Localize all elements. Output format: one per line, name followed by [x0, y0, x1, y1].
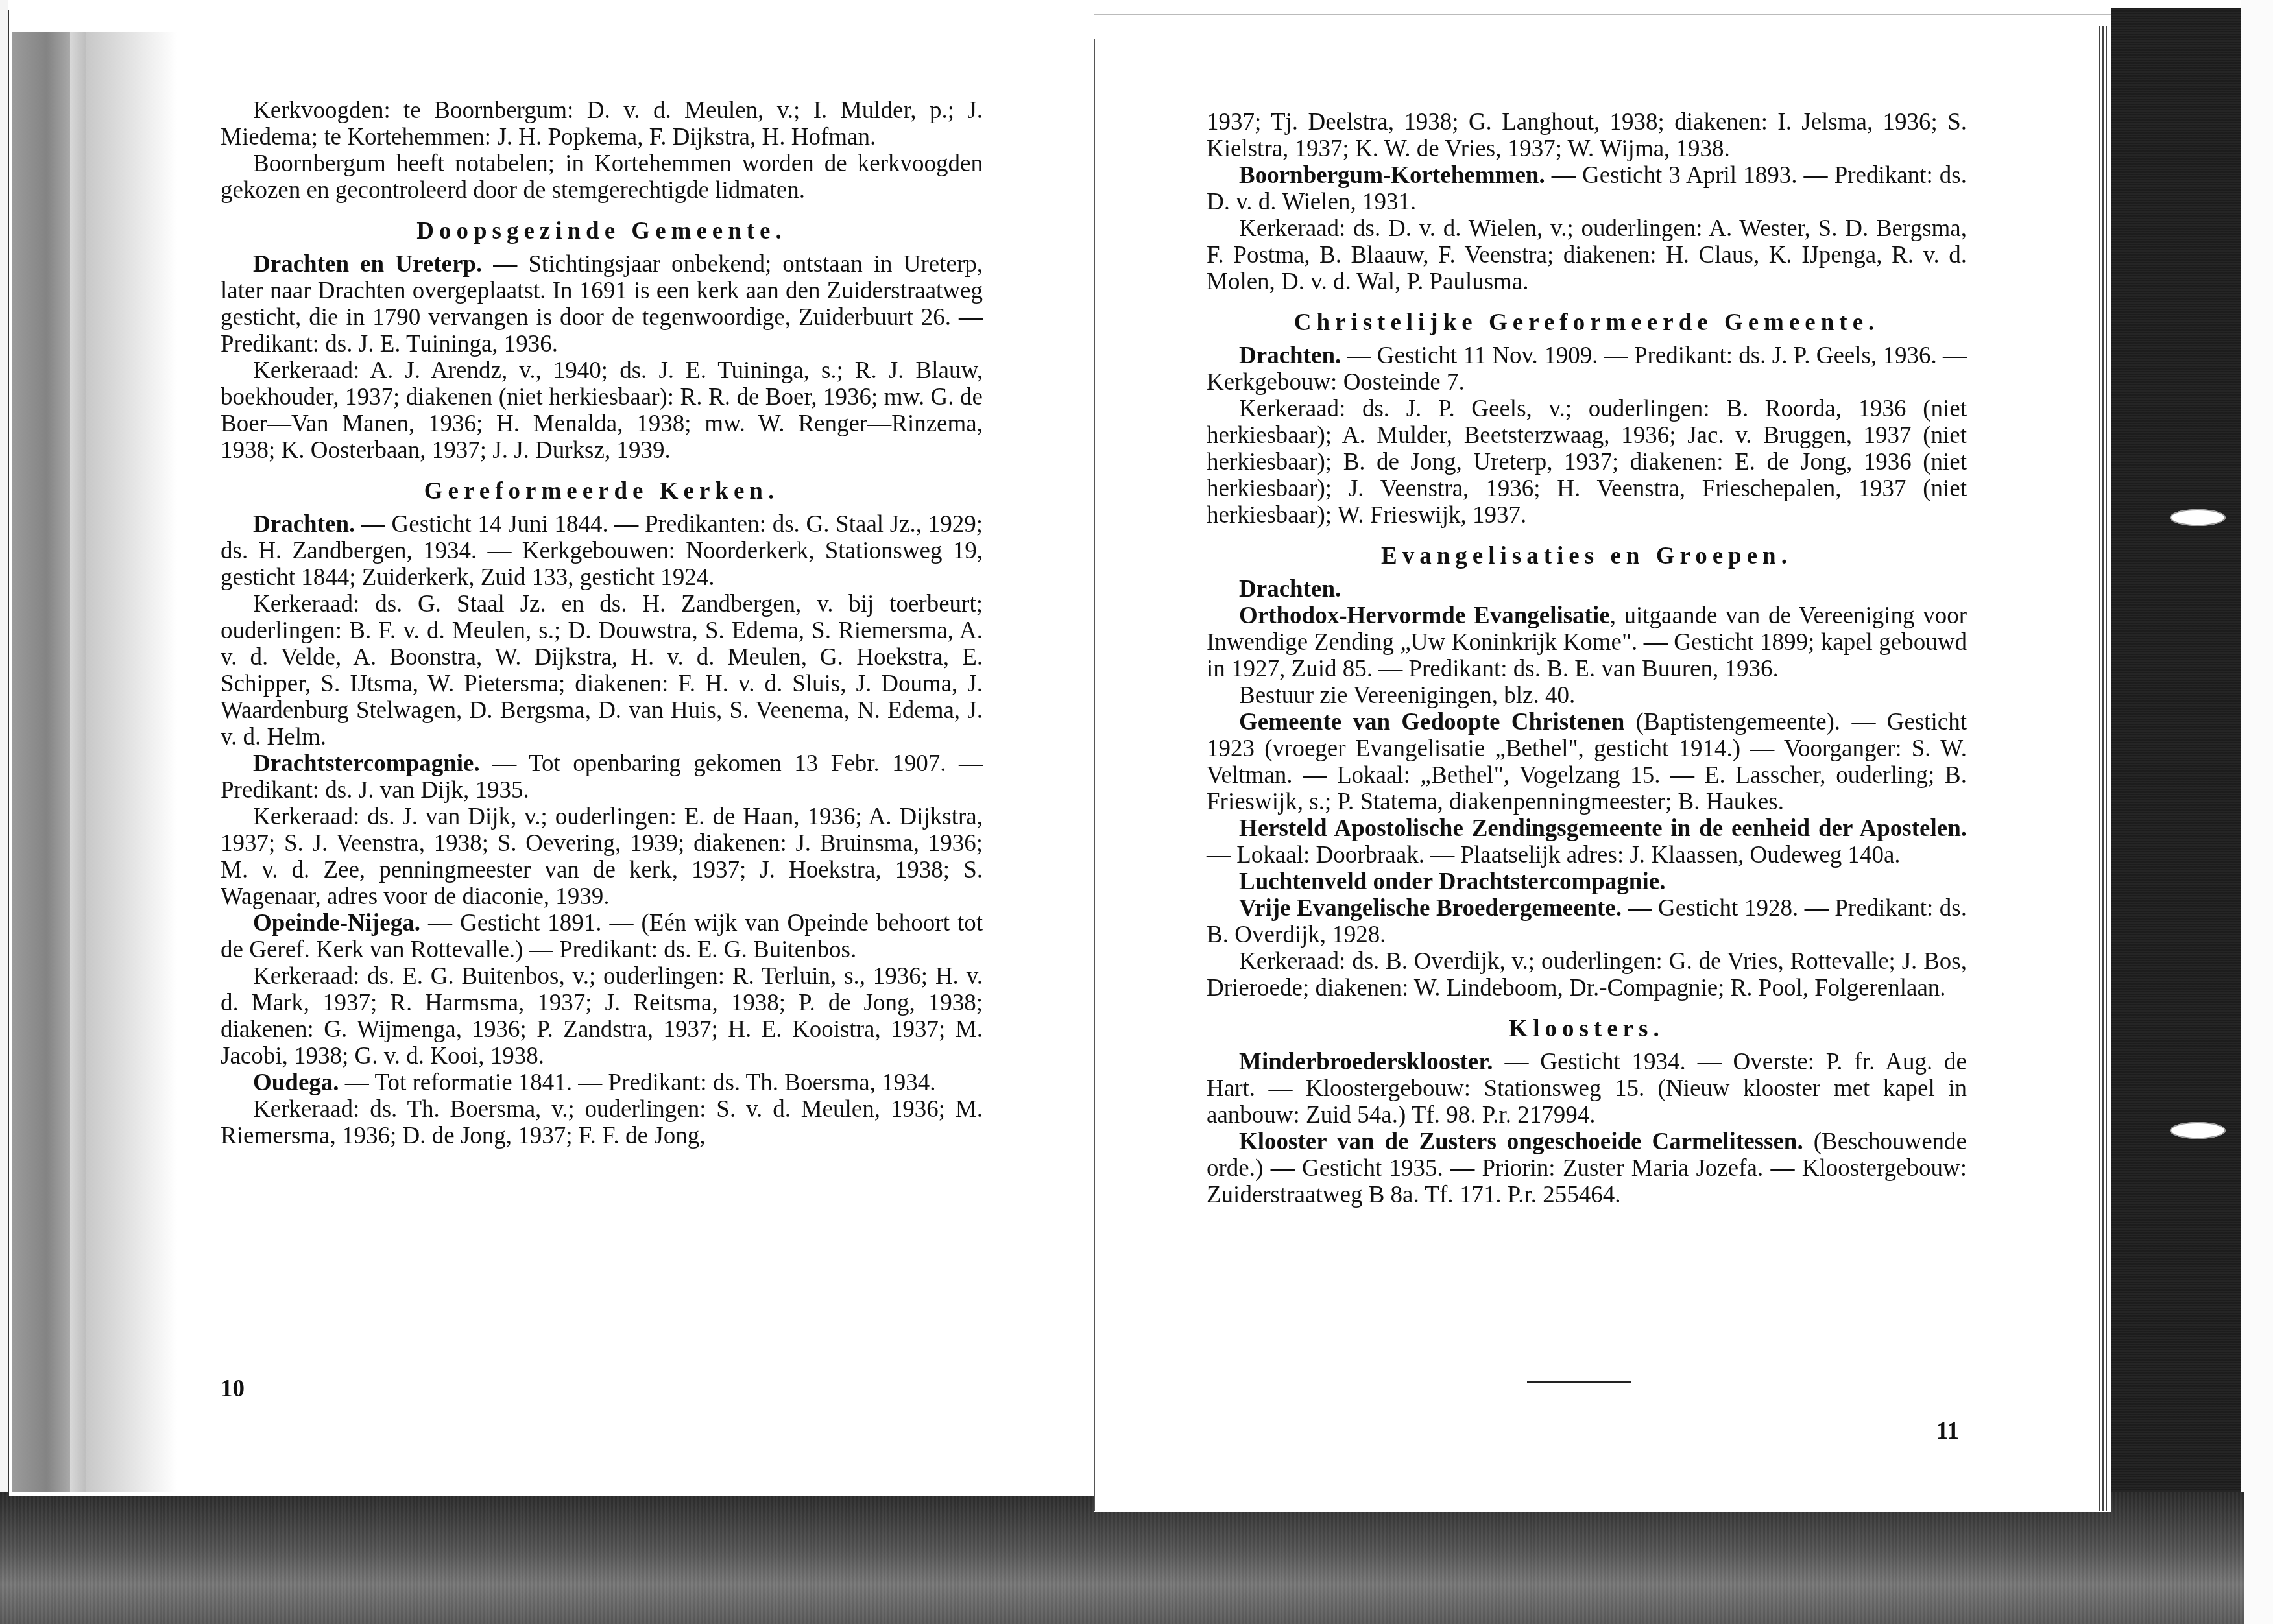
entry: Oudega. — Tot reformatie 1841. — Predika…: [221, 1069, 983, 1096]
entry-text: Kerkeraad: ds. J. van Dijk, v.; ouderlin…: [221, 804, 983, 910]
left-page-text: Kerkvoogden: te Boornbergum: D. v. d. Me…: [221, 97, 983, 1149]
entry: Drachtstercompagnie. — Tot openbaring ge…: [221, 750, 983, 804]
entry: Kerkeraad: A. J. Arendz, v., 1940; ds. J…: [221, 357, 983, 464]
entry-text: Kerkeraad: ds. D. v. d. Wielen, v.; oude…: [1207, 215, 1967, 295]
entry: Orthodox-Hervormde Evangelisatie, uitgaa…: [1207, 603, 1967, 682]
entry: Drachten en Ureterp. — Stichtingsjaar on…: [221, 251, 983, 357]
entry: Kerkeraad: ds. J. van Dijk, v.; ouderlin…: [221, 804, 983, 910]
entry-title: Klooster van de Zusters ongeschoeide Car…: [1239, 1128, 1803, 1155]
entry-title: Luchtenveld onder Drachtstercompagnie.: [1239, 868, 1665, 895]
section-heading: Kloosters.: [1207, 1016, 1967, 1042]
entry-text: Kerkeraad: ds. E. G. Buitenbos, v.; oude…: [221, 963, 983, 1069]
punch-hole-bottom: [2170, 1122, 2226, 1139]
entry-text: Kerkeraad: ds. B. Overdijk, v.; ouderlin…: [1207, 948, 1967, 1001]
entry: Bestuur zie Vereenigingen, blz. 40.: [1207, 682, 1967, 709]
section-heading: Evangelisaties en Groepen.: [1207, 543, 1967, 569]
entry: Drachten.: [1207, 576, 1967, 603]
entry: Minderbroedersklooster. — Gesticht 1934.…: [1207, 1049, 1967, 1128]
section-heading: Doopsgezinde Gemeente.: [221, 218, 983, 245]
entry-text: Kerkeraad: ds. G. Staal Jz. en ds. H. Za…: [221, 591, 983, 750]
entry: Opeinde-Nijega. — Gesticht 1891. — (Eén …: [221, 910, 983, 963]
entry-title: Orthodox-Hervormde Evangelisatie: [1239, 603, 1610, 629]
entry-text: — Tot reformatie 1841. — Predikant: ds. …: [339, 1069, 936, 1096]
binding-shadow: [12, 32, 70, 1492]
entry-text: Bestuur zie Vereenigingen, blz. 40.: [1239, 682, 1575, 709]
entry-title: Hersteld Apostolische Zendingsgemeente i…: [1239, 815, 1967, 842]
entry-text: Kerkeraad: ds. Th. Boersma, v.; ouderlin…: [221, 1096, 983, 1149]
paragraph: Boornbergum heeft notabelen; in Kortehem…: [221, 150, 983, 204]
page-number-right: 11: [1936, 1417, 1959, 1445]
entry: Vrije Evangelische Broedergemeente. — Ge…: [1207, 895, 1967, 948]
entry: Gemeente van Gedoopte Christenen (Baptis…: [1207, 709, 1967, 815]
paragraph: 1937; Tj. Deelstra, 1938; G. Langhout, 1…: [1207, 109, 1967, 162]
section-heading: Christelijke Gereformeerde Gemeente.: [1207, 309, 1967, 336]
paragraph: Kerkvoogden: te Boornbergum: D. v. d. Me…: [221, 97, 983, 150]
section-heading: Gereformeerde Kerken.: [221, 478, 983, 505]
end-rule: [1527, 1381, 1631, 1383]
entry-title: Gemeente van Gedoopte Christenen: [1239, 709, 1624, 735]
entry: Kerkeraad: ds. G. Staal Jz. en ds. H. Za…: [221, 591, 983, 750]
entry: Kerkeraad: ds. B. Overdijk, v.; ouderlin…: [1207, 948, 1967, 1001]
book-gutter: [1094, 39, 1095, 1511]
entry-title: Opeinde-Nijega.: [253, 910, 420, 937]
entry: Hersteld Apostolische Zendingsgemeente i…: [1207, 815, 1967, 868]
entry-title: Boornbergum-Kortehemmen.: [1239, 162, 1545, 189]
entry-title: Minderbroedersklooster.: [1239, 1049, 1493, 1075]
binding-shadow-light: [70, 32, 86, 1492]
punch-hole-top: [2170, 509, 2226, 526]
scan-right-margin: [2241, 0, 2273, 1624]
right-page-text: 1937; Tj. Deelstra, 1938; G. Langhout, 1…: [1207, 109, 1967, 1208]
page-number-left: 10: [221, 1375, 245, 1403]
scanner-backdrop-right: [2111, 8, 2241, 1624]
entry-title: Drachten.: [253, 511, 355, 538]
entry: Drachten. — Gesticht 14 Juni 1844. — Pre…: [221, 511, 983, 591]
entry-title: Drachten.: [1239, 342, 1341, 369]
entry: Kerkeraad: ds. D. v. d. Wielen, v.; oude…: [1207, 215, 1967, 295]
entry: Klooster van de Zusters ongeschoeide Car…: [1207, 1128, 1967, 1208]
entry: Luchtenveld onder Drachtstercompagnie.: [1207, 868, 1967, 895]
entry: Boornbergum-Kortehemmen. — Gesticht 3 Ap…: [1207, 162, 1967, 215]
entry-text: Kerkeraad: ds. J. P. Geels, v.; ouderlin…: [1207, 396, 1967, 529]
page-stack-edge: [2099, 26, 2108, 1511]
entry-text: — Lokaal: Doorbraak. — Plaatselijk adres…: [1207, 842, 1901, 868]
entry-title: Drachtstercompagnie.: [253, 750, 480, 777]
scan-left-margin: [0, 0, 8, 1624]
entry: Kerkeraad: ds. J. P. Geels, v.; ouderlin…: [1207, 396, 1967, 529]
entry-title: Oudega.: [253, 1069, 339, 1096]
entry-title: Vrije Evangelische Broedergemeente.: [1239, 895, 1622, 922]
entry: Kerkeraad: ds. E. G. Buitenbos, v.; oude…: [221, 963, 983, 1069]
entry: Drachten. — Gesticht 11 Nov. 1909. — Pre…: [1207, 342, 1967, 396]
entry-text: Kerkeraad: A. J. Arendz, v., 1940; ds. J…: [221, 357, 983, 464]
entry: Kerkeraad: ds. Th. Boersma, v.; ouderlin…: [221, 1096, 983, 1149]
entry-title: Drachten en Ureterp.: [253, 251, 482, 278]
binding-shadow-fade: [86, 32, 177, 1492]
entry-title: Drachten.: [1239, 576, 1341, 603]
